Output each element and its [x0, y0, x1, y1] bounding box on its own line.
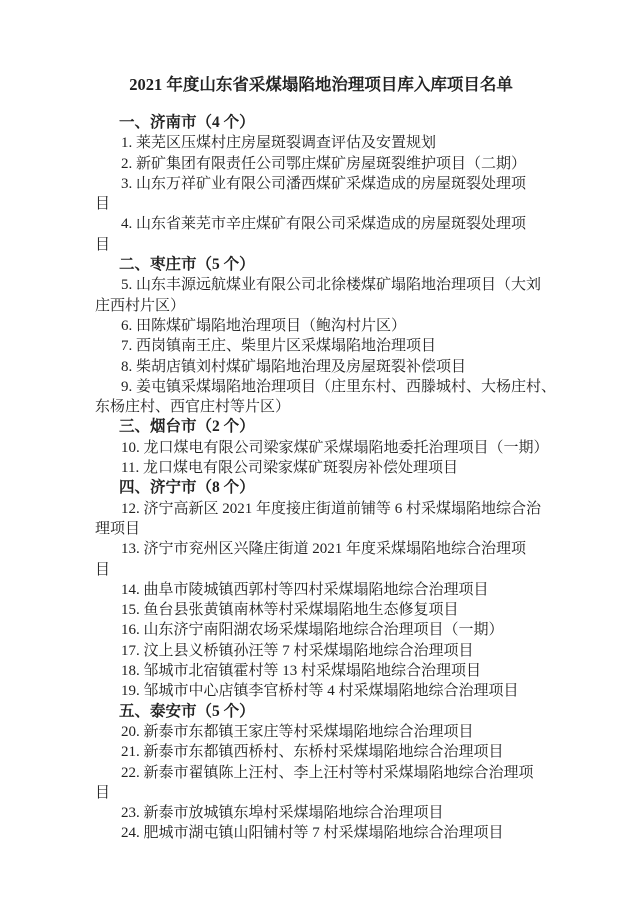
project-item: 14. 曲阜市陵城镇西郭村等四村采煤塌陷地综合治理项目 [95, 580, 547, 600]
document-title: 2021 年度山东省采煤塌陷地治理项目库入库项目名单 [95, 74, 547, 96]
project-item: 8. 柴胡店镇刘村煤矿塌陷地治理及房屋斑裂补偿项目 [95, 357, 547, 377]
project-item: 16. 山东济宁南阳湖农场采煤塌陷地综合治理项目（一期） [95, 620, 547, 640]
project-item-continuation: 目 [95, 560, 547, 580]
project-item: 4. 山东省莱芜市辛庄煤矿有限公司采煤造成的房屋斑裂处理项 [95, 214, 547, 234]
project-item: 9. 姜屯镇采煤塌陷地治理项目（庄里东村、西滕城村、大杨庄村、 [95, 377, 547, 397]
project-item: 19. 邹城市中心店镇李官桥村等 4 村采煤塌陷地综合治理项目 [95, 681, 547, 701]
project-item: 7. 西岗镇南王庄、柴里片区采煤塌陷地治理项目 [95, 336, 547, 356]
project-item: 13. 济宁市兖州区兴隆庄街道 2021 年度采煤塌陷地综合治理项 [95, 539, 547, 559]
project-item: 15. 鱼台县张黄镇南林等村采煤塌陷地生态修复项目 [95, 600, 547, 620]
project-item-continuation: 目 [95, 235, 547, 255]
document-body: 一、济南市（4 个）1. 莱芜区压煤村庄房屋斑裂调查评估及安置规划2. 新矿集团… [95, 113, 547, 844]
project-item: 3. 山东万祥矿业有限公司潘西煤矿采煤造成的房屋斑裂处理项 [95, 174, 547, 194]
document-content: 2021 年度山东省采煤塌陷地治理项目库入库项目名单 一、济南市（4 个）1. … [95, 74, 547, 844]
project-item: 21. 新泰市东都镇西桥村、东桥村采煤塌陷地综合治理项目 [95, 742, 547, 762]
project-item: 23. 新泰市放城镇东埠村采煤塌陷地综合治理项目 [95, 803, 547, 823]
project-item: 10. 龙口煤电有限公司梁家煤矿采煤塌陷地委托治理项目（一期） [95, 438, 547, 458]
project-item-continuation: 目 [95, 194, 547, 214]
project-item: 18. 邹城市北宿镇霍村等 13 村采煤塌陷地综合治理项目 [95, 661, 547, 681]
project-item: 5. 山东丰源远航煤业有限公司北徐楼煤矿塌陷地治理项目（大刘 [95, 275, 547, 295]
project-item: 22. 新泰市翟镇陈上汪村、李上汪村等村采煤塌陷地综合治理项 [95, 763, 547, 783]
section-heading: 三、烟台市（2 个） [95, 417, 547, 437]
project-item: 6. 田陈煤矿塌陷地治理项目（鲍沟村片区） [95, 316, 547, 336]
project-item: 11. 龙口煤电有限公司梁家煤矿斑裂房补偿处理项目 [95, 458, 547, 478]
project-item: 24. 肥城市湖屯镇山阳铺村等 7 村采煤塌陷地综合治理项目 [95, 823, 547, 843]
project-item: 20. 新泰市东都镇王家庄等村采煤塌陷地综合治理项目 [95, 722, 547, 742]
project-item-continuation: 理项目 [95, 519, 547, 539]
project-item-continuation: 目 [95, 783, 547, 803]
section-heading: 一、济南市（4 个） [95, 113, 547, 133]
section-heading: 二、枣庄市（5 个） [95, 255, 547, 275]
document-page: 2021 年度山东省采煤塌陷地治理项目库入库项目名单 一、济南市（4 个）1. … [0, 0, 640, 906]
project-item-continuation: 东杨庄村、西官庄村等片区） [95, 397, 547, 417]
project-item: 1. 莱芜区压煤村庄房屋斑裂调查评估及安置规划 [95, 133, 547, 153]
project-item-continuation: 庄西村片区） [95, 296, 547, 316]
section-heading: 五、泰安市（5 个） [95, 702, 547, 722]
project-item: 2. 新矿集团有限责任公司鄂庄煤矿房屋斑裂维护项目（二期） [95, 154, 547, 174]
section-heading: 四、济宁市（8 个） [95, 478, 547, 498]
project-item: 12. 济宁高新区 2021 年度接庄街道前铺等 6 村采煤塌陷地综合治 [95, 499, 547, 519]
project-item: 17. 汶上县义桥镇孙汪等 7 村采煤塌陷地综合治理项目 [95, 641, 547, 661]
